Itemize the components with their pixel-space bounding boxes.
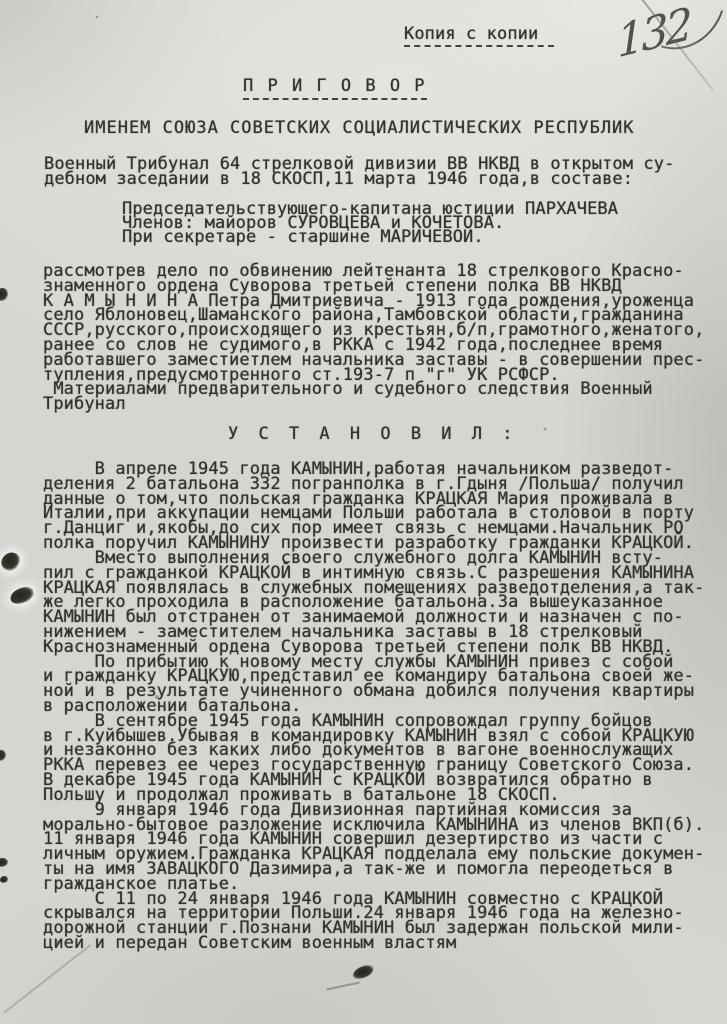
paper-damage-spot	[0, 876, 8, 883]
document-title: П Р И Г О В О Р	[243, 79, 427, 100]
ink-streak	[326, 981, 360, 990]
case-description-paragraph: рассмотрев дело по обвинению лейтенанта …	[43, 264, 704, 412]
paper-speckles	[96, 16, 98, 18]
text-line: дебном заседании в 18 СКОСП,11 марта 194…	[44, 172, 674, 187]
paper-tear	[8, 585, 35, 606]
bottom-crease	[3, 944, 91, 1013]
handwritten-number-text: 132	[616, 0, 691, 69]
text-line: Трибунал	[43, 397, 704, 412]
tribunal-intro-paragraph: Военный Трибунал 64 стрелковой дивизии В…	[44, 157, 674, 187]
paper-damage-spot	[0, 288, 8, 301]
copy-note: Копия с копии	[404, 27, 554, 47]
paper-hole	[0, 549, 22, 573]
text-line: цией и передан Советским военным властям	[43, 936, 704, 951]
findings-text-block: В апреле 1945 года КАМЫНИН,работая начал…	[43, 462, 704, 951]
text-line: Материалами предварительного и судебного…	[43, 382, 704, 397]
text-line: При секретаре - старшине МАРИЧЕВОЙ.	[122, 230, 618, 244]
scanned-document-page: Копия с копии 132 П Р И Г О В О Р ИМЕНЕМ…	[0, 0, 727, 1024]
court-composition-block: Председательствующего-капитана юстиции П…	[122, 202, 618, 245]
handwritten-page-number: 132	[598, 2, 718, 72]
document-subtitle: ИМЕНЕМ СОЮЗА СОВЕТСКИХ СОЦИАЛИСТИЧЕСКИХ …	[84, 121, 635, 136]
paper-damage-spot	[0, 858, 8, 867]
established-heading: У С Т А Н О В И Л :	[228, 427, 517, 442]
paper-damage-spot	[0, 750, 6, 761]
ink-blot	[351, 963, 376, 981]
